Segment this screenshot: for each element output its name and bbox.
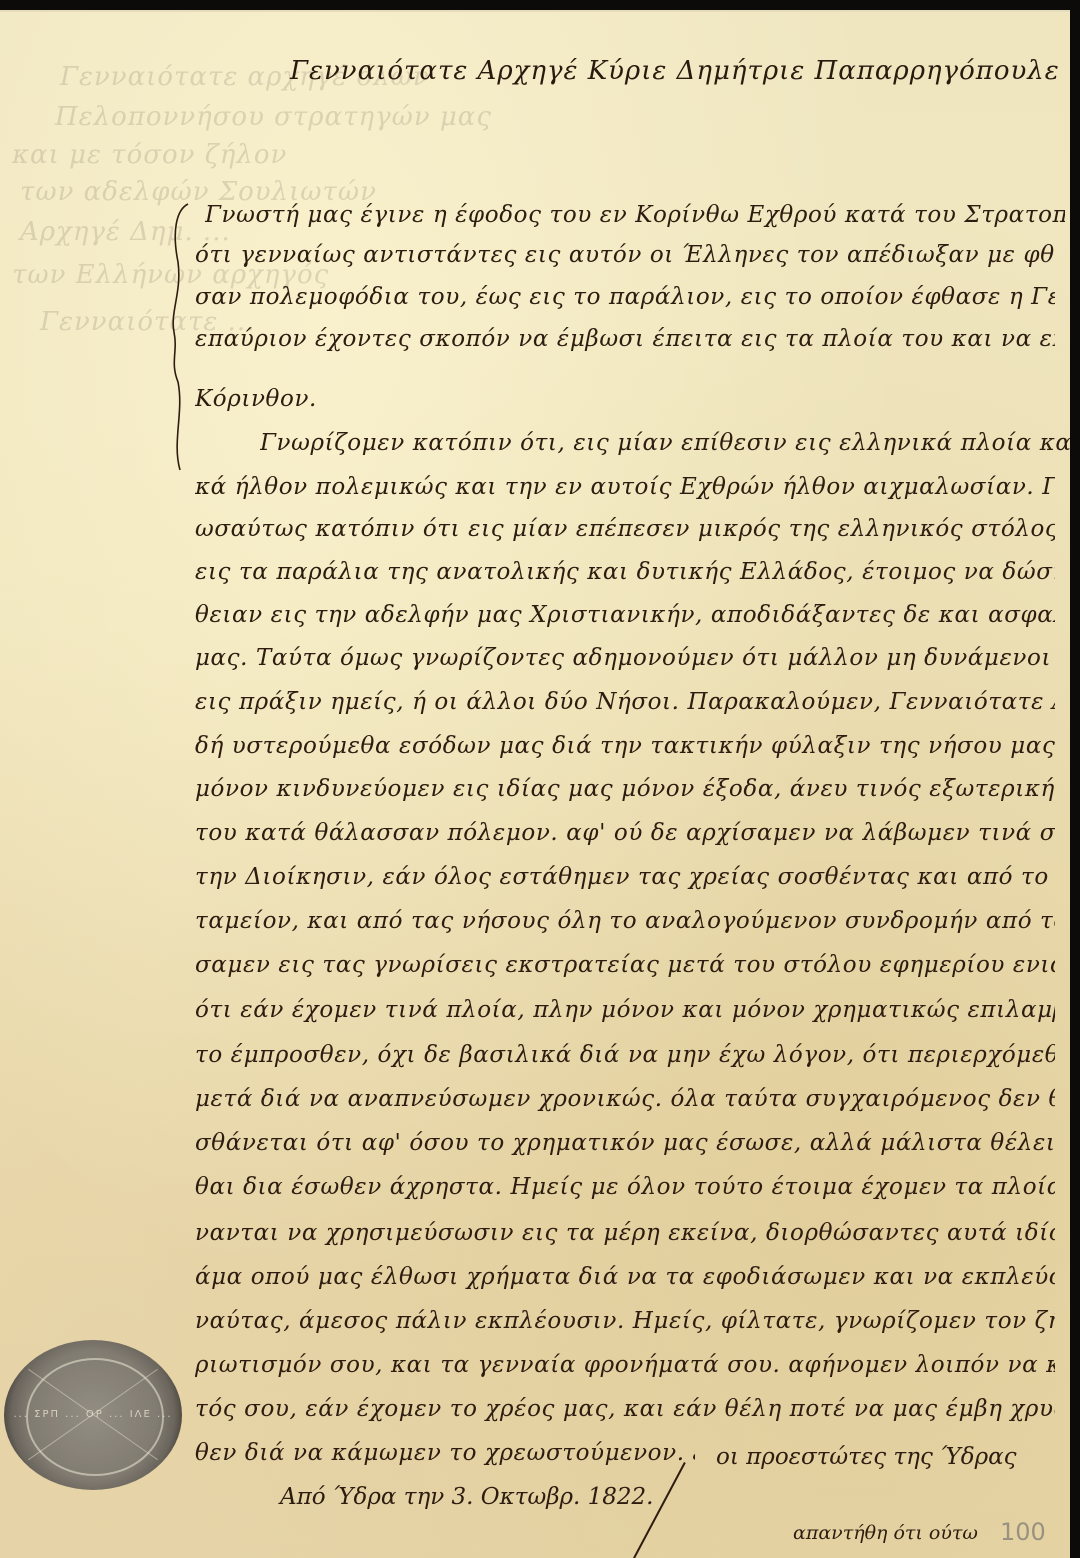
wax-seal-stamp: ... ΣΡΠ ... ΟΡ ... ΙΛΕ ...	[4, 1340, 182, 1490]
body-line: την Διοίκησιν, εάν όλος εστάθημεν τας χρ…	[195, 864, 1055, 890]
body-line: Κόρινθον.	[195, 386, 1055, 412]
place-date: Από Ύδρα την 3. Οκτωβρ. 1822.	[280, 1484, 654, 1510]
body-line: σαμεν εις τας γνωρίσεις εκστρατείας μετά…	[195, 952, 1055, 978]
body-line: άμα οπού μας έλθωσι χρήματα διά να τα εφ…	[195, 1264, 1055, 1290]
scan-border-right	[1070, 0, 1080, 1558]
archive-number: 100	[1000, 1518, 1046, 1546]
body-line: Γνωστή μας έγινε η έφοδος του εν Κορίνθω…	[205, 202, 1065, 228]
body-line: του κατά θάλασσαν πόλεμον. αφ' ού δε αρχ…	[195, 820, 1055, 846]
body-line: ωσαύτως κατόπιν ότι εις μίαν επέπεσεν μι…	[195, 516, 1055, 542]
body-line: εις πράξιν ημείς, ή οι άλλοι δύο Νήσοι. …	[195, 689, 1055, 715]
body-line: δή υστερούμεθα εσόδων μας διά την τακτικ…	[195, 733, 1055, 759]
margin-brace	[168, 202, 190, 472]
body-line: επαύριον έχοντες σκοπόν να έμβωσι έπειτα…	[195, 326, 1055, 352]
signature-flourish	[632, 1462, 685, 1558]
body-line: μας. Ταύτα όμως γνωρίζοντες αδημονούμεν …	[195, 645, 1055, 671]
signature: οι προεστώτες της Ύδρας	[716, 1444, 1017, 1470]
body-line: μετά διά να αναπνεύσωμεν χρονικώς. όλα τ…	[195, 1086, 1055, 1112]
body-line: ταμείον, και από τας νήσους όλη το αναλο…	[195, 908, 1055, 934]
body-line: μόνον κινδυνεύομεν εις ιδίας μας μόνον έ…	[195, 776, 1055, 802]
body-line: νανται να χρησιμεύσωσιν εις τα μέρη εκεί…	[195, 1220, 1055, 1246]
manuscript-page: Γενναιότατε αρχηγέ όλων Πελοποννήσου στρ…	[0, 10, 1074, 1558]
body-line: ότι γενναίως αντιστάντες εις αυτόν οι Έλ…	[195, 242, 1055, 268]
body-line: εις τα παράλια της ανατολικής και δυτική…	[195, 559, 1055, 585]
body-line: θεν διά να κάμωμεν το χρεωστούμενον. έρρ…	[195, 1440, 695, 1466]
bleed-line: και με τόσον ζήλον	[12, 140, 287, 170]
body-line: το έμπροσθεν, όχι δε βασιλικά διά να μην…	[195, 1042, 1055, 1068]
body-line: τός σου, εάν έχομεν το χρέος μας, και εά…	[195, 1396, 1055, 1422]
body-line: θειαν εις την αδελφήν μας Χριστιανικήν, …	[195, 602, 1055, 628]
salutation-heading: Γενναιότατε Αρχηγέ Κύριε Δημήτριε Παπαρρ…	[290, 56, 1060, 86]
body-line: σαν πολεμοφόδια του, έως εις το παράλιον…	[195, 284, 1055, 310]
body-line: ναύτας, άμεσος πάλιν εκπλέουσιν. Ημείς, …	[195, 1308, 1055, 1334]
body-line: ότι εάν έχομεν τινά πλοία, πλην μόνον κα…	[195, 997, 1055, 1023]
body-line: θαι δια έσωθεν άχρηστα. Ημείς με όλον το…	[195, 1174, 1055, 1200]
body-line: Γνωρίζομεν κατόπιν ότι, εις μίαν επίθεσι…	[260, 430, 1080, 456]
archive-annotation: απαντήθη ότι ούτω	[793, 1522, 978, 1544]
seal-text: ... ΣΡΠ ... ΟΡ ... ΙΛΕ ...	[4, 1340, 182, 1490]
bleed-line: Πελοποννήσου στρατηγών μας	[55, 102, 492, 132]
body-line: σθάνεται ότι αφ' όσου το χρηματικόν μας …	[195, 1130, 1055, 1156]
body-line: κά ήλθον πολεμικώς και την εν αυτοίς Εχθ…	[195, 474, 1055, 500]
body-line: ριωτισμόν σου, και τα γενναία φρονήματά …	[195, 1352, 1055, 1378]
